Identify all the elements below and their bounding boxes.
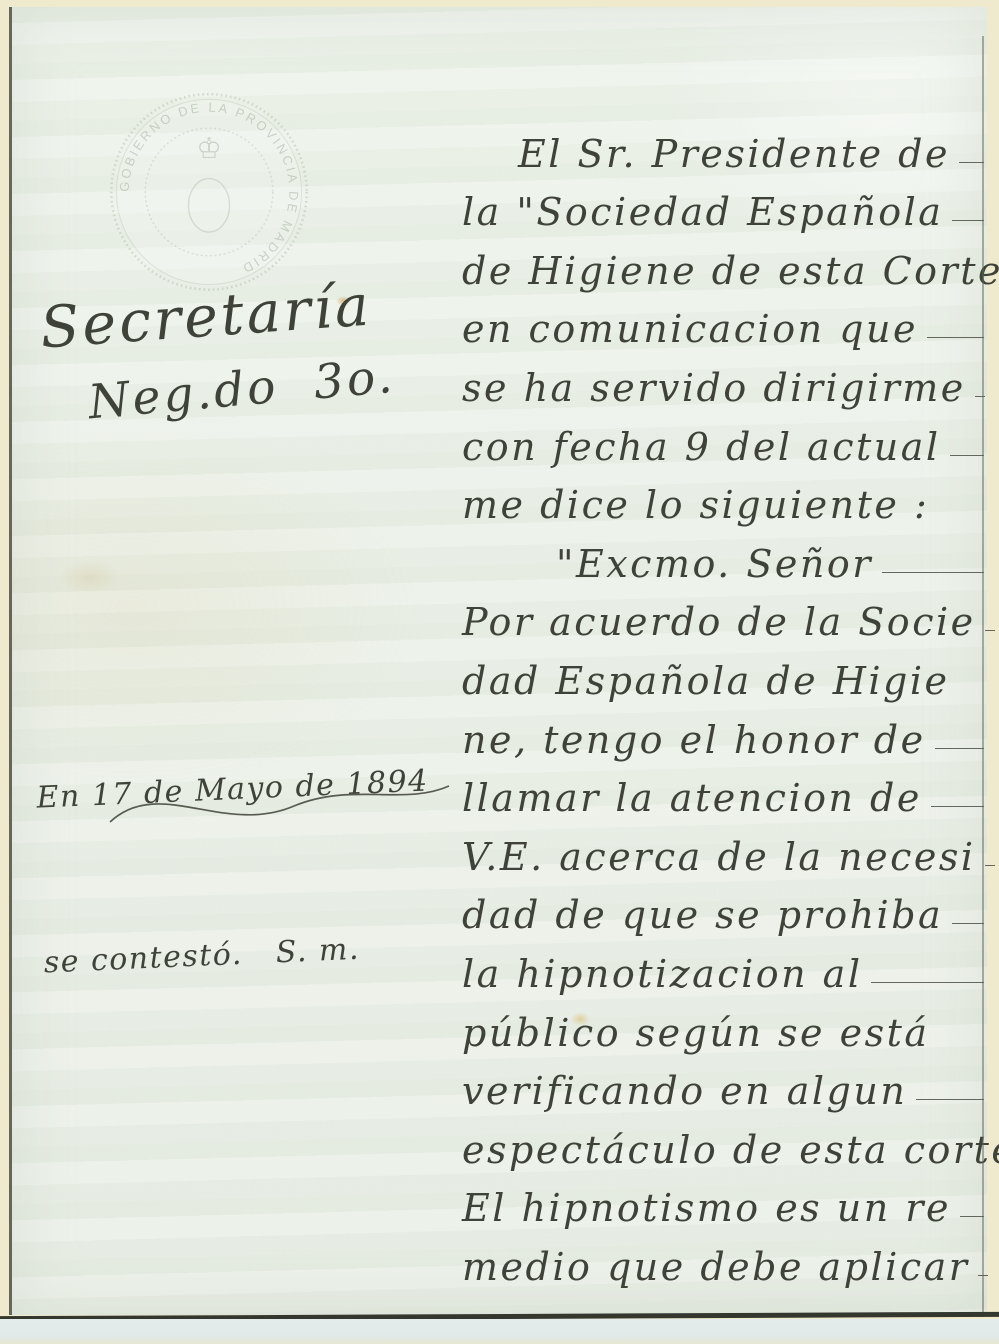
scanned-document: ♔ GOBIERNO DE LA PROVINCIA DE MADRID Sec…: [0, 0, 999, 1344]
manuscript-line: dad Española de Higie: [462, 643, 986, 702]
manuscript-line: en comunicacion que: [462, 292, 986, 351]
manuscript-line: verificando en algun: [462, 1054, 986, 1113]
manuscript-line: medio que debe aplicar: [462, 1229, 986, 1288]
manuscript-line: Por acuerdo de la Socie: [462, 585, 986, 644]
manuscript-line: El Sr. Presidente de: [462, 116, 986, 175]
paper-discoloration: [60, 560, 120, 594]
manuscript-line: la hipnotizacion al: [462, 936, 986, 995]
line-filler-stroke: [985, 630, 995, 631]
scan-background-strip: [0, 1319, 999, 1344]
line-filler-stroke: [927, 337, 984, 338]
manuscript-line: "Excmo. Señor: [462, 526, 986, 585]
page-right-edge: [982, 36, 984, 1316]
line-filler-stroke: [959, 162, 984, 163]
manuscript-line: dad de que se prohiba: [462, 878, 986, 937]
letter-body: El Sr. Presidente de la "Sociedad Españo…: [462, 116, 986, 1288]
manuscript-line: V.E. acerca de la necesi: [462, 819, 986, 878]
line-filler-stroke: [931, 806, 984, 807]
manuscript-line: me dice lo siguiente :: [462, 468, 986, 527]
line-filler-stroke: [960, 1216, 984, 1217]
rubric-flourish: [104, 768, 456, 848]
manuscript-line: ne, tengo el honor de: [462, 702, 986, 761]
line-filler-stroke: [916, 1099, 984, 1100]
manuscript-line: la "Sociedad Española: [462, 175, 986, 234]
manuscript-line: se ha servido dirigirme: [462, 350, 986, 409]
line-filler-stroke: [952, 220, 984, 221]
embossed-seal: ♔ GOBIERNO DE LA PROVINCIA DE MADRID: [106, 86, 312, 302]
manuscript-line: El hipnotismo es un re: [462, 1171, 986, 1230]
manuscript-line: de Higiene de esta Corte,: [462, 233, 986, 292]
manuscript-line: llamar la atencion de: [462, 761, 986, 820]
line-filler-stroke: [882, 572, 984, 573]
crown-icon: ♔: [196, 131, 222, 165]
reply-note-line2: se contestó. S. m.: [43, 918, 437, 990]
reply-margin-note: En 17 de Mayo de 1894 se contestó. S. m.: [31, 644, 442, 1101]
manuscript-line: con fecha 9 del actual: [462, 409, 986, 468]
line-filler-stroke: [871, 982, 984, 983]
line-filler-stroke: [935, 748, 984, 749]
manuscript-line: público según se está: [462, 995, 986, 1054]
line-filler-stroke: [985, 865, 995, 866]
line-filler-stroke: [952, 923, 984, 924]
manuscript-line: espectáculo de esta corte=: [462, 1112, 986, 1171]
line-filler-stroke: [950, 455, 984, 456]
